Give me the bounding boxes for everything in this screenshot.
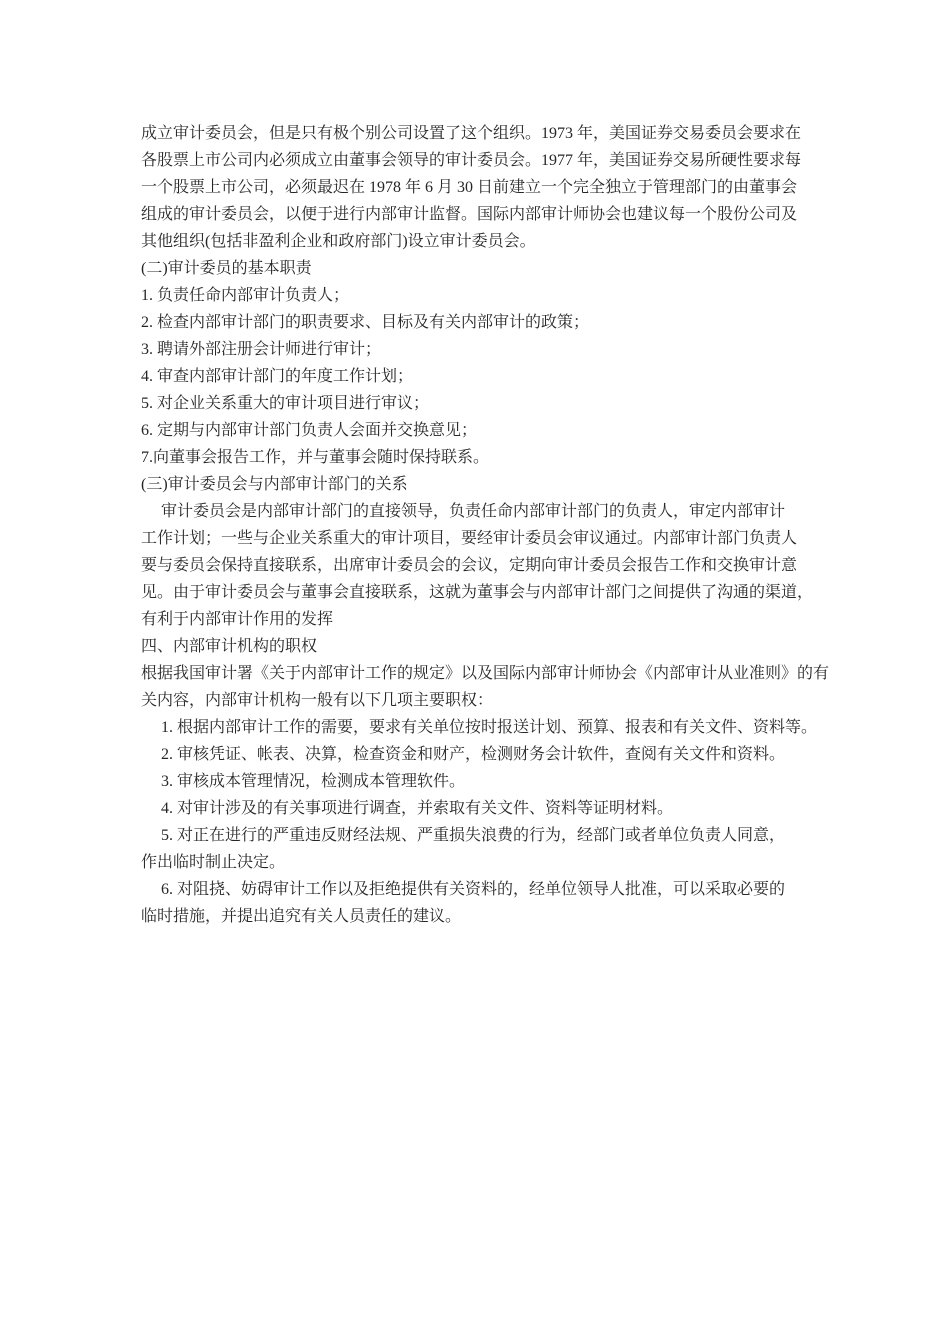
list1-item-6: 6. 定期与内部审计部门负责人会面并交换意见； xyxy=(141,417,901,444)
list1-item-7: 7.向董事会报告工作，并与董事会随时保持联系。 xyxy=(141,444,901,471)
paragraph-section-4: 根据我国审计署《关于内部审计工作的规定》以及国际内部审计师协会《内部审计从业准则… xyxy=(141,660,901,714)
heading-section-4: 四、内部审计机构的职权 xyxy=(141,633,901,660)
list2-item-4: 4. 对审计涉及的有关事项进行调查，并索取有关文件、资料等证明材料。 xyxy=(141,795,901,822)
list2-item-1: 1. 根据内部审计工作的需要，要求有关单位按时报送计划、预算、报表和有关文件、资… xyxy=(141,714,901,741)
list1-item-3: 3. 聘请外部注册会计师进行审计； xyxy=(141,336,901,363)
list2-item-2: 2. 审核凭证、帐表、决算，检查资金和财产，检测财务会计软件，查阅有关文件和资料… xyxy=(141,741,901,768)
heading-section-3: (三)审计委员会与内部审计部门的关系 xyxy=(141,471,901,498)
list1-item-4: 4. 审查内部审计部门的年度工作计划； xyxy=(141,363,901,390)
list2-item-6: 6. 对阻挠、妨碍审计工作以及拒绝提供有关资料的，经单位领导人批准，可以采取必要… xyxy=(141,876,901,930)
list1-item-2: 2. 检查内部审计部门的职责要求、目标及有关内部审计的政策； xyxy=(141,309,901,336)
paragraph-section-3: 审计委员会是内部审计部门的直接领导，负责任命内部审计部门的负责人，审定内部审计 … xyxy=(141,498,901,633)
list1-item-1: 1. 负责任命内部审计负责人； xyxy=(141,282,901,309)
paragraph-intro: 成立审计委员会，但是只有极个别公司设置了这个组织。1973 年，美国证券交易委员… xyxy=(141,120,901,255)
list2-item-3: 3. 审核成本管理情况，检测成本管理软件。 xyxy=(141,768,901,795)
list2-item-5: 5. 对正在进行的严重违反财经法规、严重损失浪费的行为，经部门或者单位负责人同意… xyxy=(141,822,901,876)
heading-section-2: (二)审计委员的基本职责 xyxy=(141,255,901,282)
document-page: 成立审计委员会，但是只有极个别公司设置了这个组织。1973 年，美国证券交易委员… xyxy=(0,0,920,930)
list1-item-5: 5. 对企业关系重大的审计项目进行审议； xyxy=(141,390,901,417)
